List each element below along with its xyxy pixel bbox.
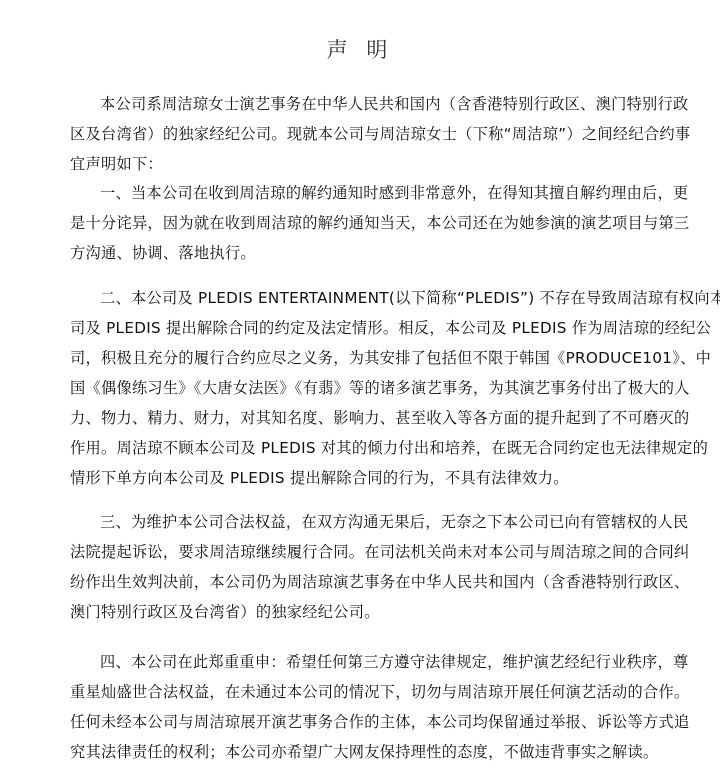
text-line: 是十分诧异，因为就在收到周洁琼的解约通知当天，本公司还在为她参演的演艺项目与第三 (70, 208, 660, 238)
text-line: 重星灿盛世合法权益，在未通过本公司的情况下，切勿与周洁琼开展任何演艺活动的合作。 (70, 677, 660, 707)
text-line: 宜声明如下： (70, 149, 660, 179)
text-line: 法院提起诉讼，要求周洁琼继续履行合同。在司法机关尚未对本公司与周洁琼之间的合同纠 (70, 537, 660, 567)
text-line: 方沟通、协调、落地执行。 (70, 238, 660, 268)
paragraph-clause-2: 二、本公司及 PLEDIS ENTERTAINMENT(以下简称“PLEDIS”… (70, 283, 660, 493)
text-line: 区及台湾省）的独家经纪公司。现就本公司与周洁琼女士（下称“周洁琼”）之间经纪合约… (70, 119, 660, 149)
text-line: 作用。周洁琼不顾本公司及 PLEDIS 对其的倾力付出和培养，在既无合同约定也无… (70, 433, 660, 463)
text-line: 力、物力、精力、财力，对其知名度、影响力、甚至收入等各方面的提升起到了不可磨灭的 (70, 403, 660, 433)
text-line: 国《偶像练习生》《大唐女法医》《有翡》等的诸多演艺事务，为其演艺事务付出了极大的… (70, 373, 660, 403)
text-line: 纷作出生效判决前，本公司仍为周洁琼演艺事务在中华人民共和国内（含香港特别行政区、 (70, 567, 660, 597)
text-line: 三、为维护本公司合法权益，在双方沟通无果后，无奈之下本公司已向有管辖权的人民 (70, 507, 660, 537)
paragraph-clause-1: 一、当本公司在收到周洁琼的解约通知时感到非常意外，在得知其擅自解约理由后，更 是… (70, 178, 660, 268)
paragraph-clause-3: 三、为维护本公司合法权益，在双方沟通无果后，无奈之下本公司已向有管辖权的人民 法… (70, 507, 660, 627)
text-line: 究其法律责任的权利；本公司亦希望广大网友保持理性的态度，不做违背事实之解读。 (70, 737, 660, 767)
paragraph-clause-4: 四、本公司在此郑重重申：希望任何第三方遵守法律规定，维护演艺经纪行业秩序，尊 重… (70, 647, 660, 767)
text-line: 任何未经本公司与周洁琼展开演艺事务合作的主体，本公司均保留通过举报、诉讼等方式追 (70, 707, 660, 737)
document-title: 声 明 (0, 34, 720, 64)
text-line: 一、当本公司在收到周洁琼的解约通知时感到非常意外，在得知其擅自解约理由后，更 (70, 178, 660, 208)
text-line: 四、本公司在此郑重重申：希望任何第三方遵守法律规定，维护演艺经纪行业秩序，尊 (70, 647, 660, 677)
text-line: 本公司系周洁琼女士演艺事务在中华人民共和国内（含香港特别行政区、澳门特别行政 (70, 89, 660, 119)
text-line: 二、本公司及 PLEDIS ENTERTAINMENT(以下简称“PLEDIS”… (70, 283, 660, 313)
paragraph-intro: 本公司系周洁琼女士演艺事务在中华人民共和国内（含香港特别行政区、澳门特别行政 区… (70, 89, 660, 179)
text-line: 情形下单方向本公司及 PLEDIS 提出解除合同的行为，不具有法律效力。 (70, 463, 660, 493)
text-line: 澳门特别行政区及台湾省）的独家经纪公司。 (70, 597, 660, 627)
text-line: 司，积极且充分的履行合约应尽之义务，为其安排了包括但不限于韩国《PRODUCE1… (70, 343, 660, 373)
text-line: 司及 PLEDIS 提出解除合同的约定及法定情形。相反，本公司及 PLEDIS … (70, 313, 660, 343)
